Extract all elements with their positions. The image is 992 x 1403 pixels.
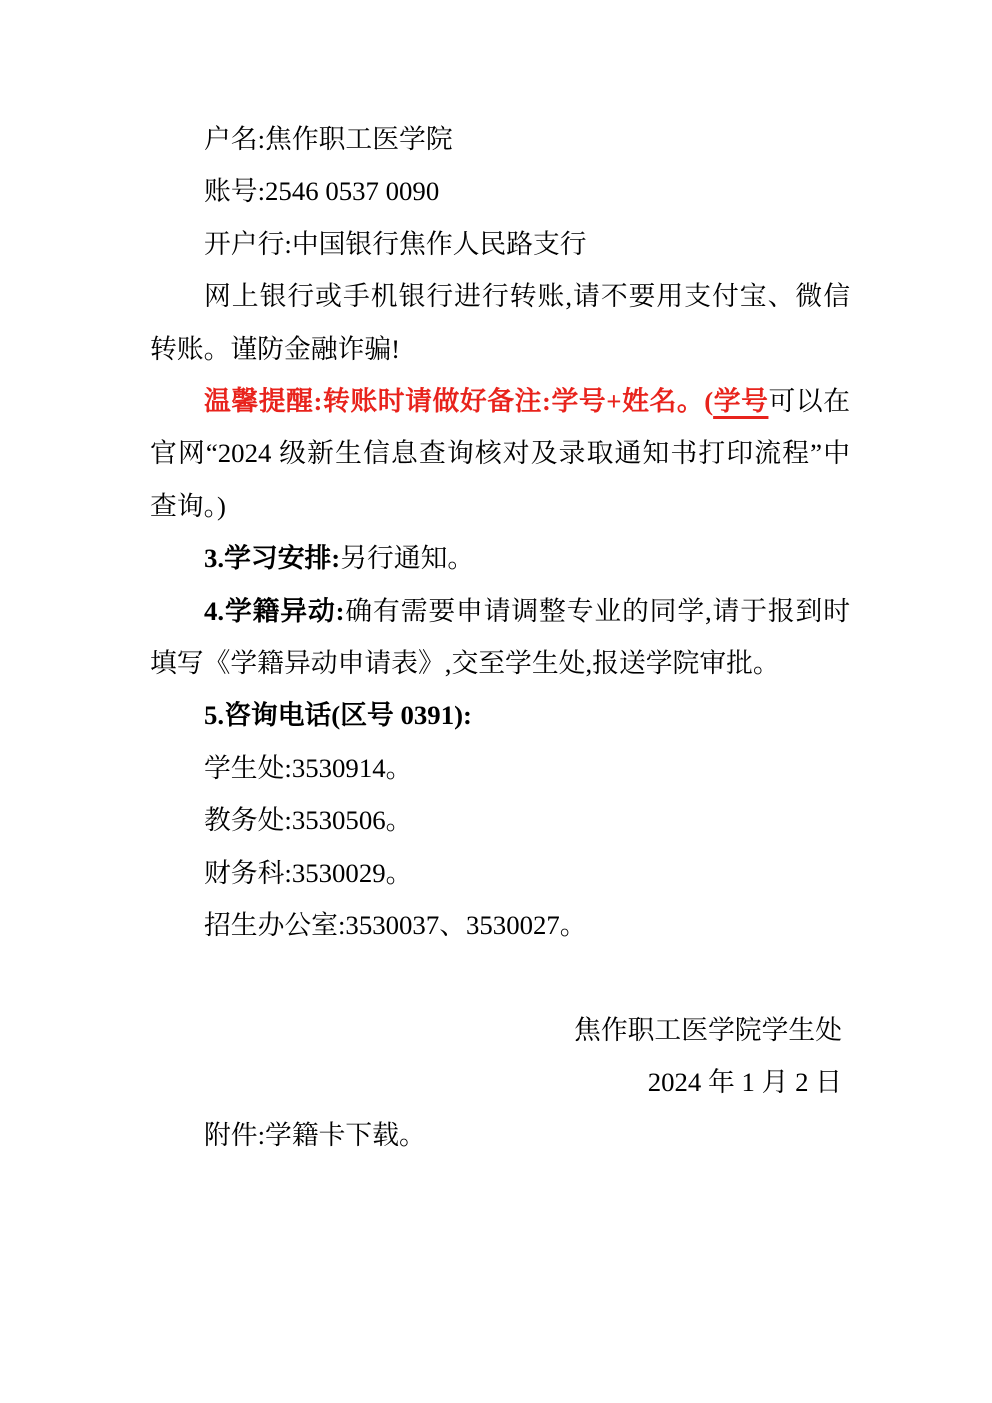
signature-unit-line: 焦作职工医学院学生处 xyxy=(150,1004,850,1056)
text-run: 4.学籍异动: xyxy=(204,596,345,626)
text-run: 另行通知。 xyxy=(340,543,474,573)
account-number-line: 账号:2546 0537 0090 xyxy=(150,165,850,217)
text-run: 教务处:3530506。 xyxy=(204,805,412,835)
text-run: 开户行:中国银行焦作人民路支行 xyxy=(204,229,587,259)
signature-date-line: 2024 年 1 月 2 日 xyxy=(150,1056,850,1108)
warm-reminder-paragraph: 温馨提醒:转账时请做好备注:学号+姓名。(学号可以在官网“2024 级新生信息查… xyxy=(150,375,850,532)
item-3-study-arrangement: 3.学习安排:另行通知。 xyxy=(150,532,850,584)
text-run: 2024 年 1 月 2 日 xyxy=(648,1067,842,1097)
phone-finance-line: 财务科:3530029。 xyxy=(150,847,850,899)
phone-student-affairs-line: 学生处:3530914。 xyxy=(150,742,850,794)
text-run: 账号:2546 0537 0090 xyxy=(204,176,439,206)
phone-academic-affairs-line: 教务处:3530506。 xyxy=(150,794,850,846)
underlined-student-id-text: 学号 xyxy=(713,386,768,416)
bank-branch-line: 开户行:中国银行焦作人民路支行 xyxy=(150,218,850,270)
item-5-phone-heading: 5.咨询电话(区号 0391): xyxy=(150,689,850,741)
text-run: 3.学习安排: xyxy=(204,543,340,573)
document-body: 户名:焦作职工医学院账号:2546 0537 0090开户行:中国银行焦作人民路… xyxy=(150,113,850,1161)
text-run: 网上银行或手机银行进行转账,请不要用支付宝、微信转账。谨防金融诈骗! xyxy=(150,281,850,363)
transfer-warning-paragraph: 网上银行或手机银行进行转账,请不要用支付宝、微信转账。谨防金融诈骗! xyxy=(150,270,850,375)
text-run: 5.咨询电话(区号 0391): xyxy=(204,700,472,730)
text-run: 学生处:3530914。 xyxy=(204,753,412,783)
text-run: 财务科:3530029。 xyxy=(204,858,412,888)
text-run: 户名:焦作职工医学院 xyxy=(204,124,453,154)
text-run: 招生办公室:3530037、3530027。 xyxy=(204,910,587,940)
text-run: 温馨提醒:转账时请做好备注:学号+姓名。( xyxy=(204,386,713,416)
account-name-line: 户名:焦作职工医学院 xyxy=(150,113,850,165)
text-run: 附件:学籍卡下载。 xyxy=(204,1120,426,1150)
attachment-line: 附件:学籍卡下载。 xyxy=(150,1109,850,1161)
item-4-status-change: 4.学籍异动:确有需要申请调整专业的同学,请于报到时填写《学籍异动申请表》,交至… xyxy=(150,585,850,690)
phone-admissions-line: 招生办公室:3530037、3530027。 xyxy=(150,899,850,951)
text-run: 焦作职工医学院学生处 xyxy=(574,1015,842,1045)
document-page: 户名:焦作职工医学院账号:2546 0537 0090开户行:中国银行焦作人民路… xyxy=(0,0,992,1403)
